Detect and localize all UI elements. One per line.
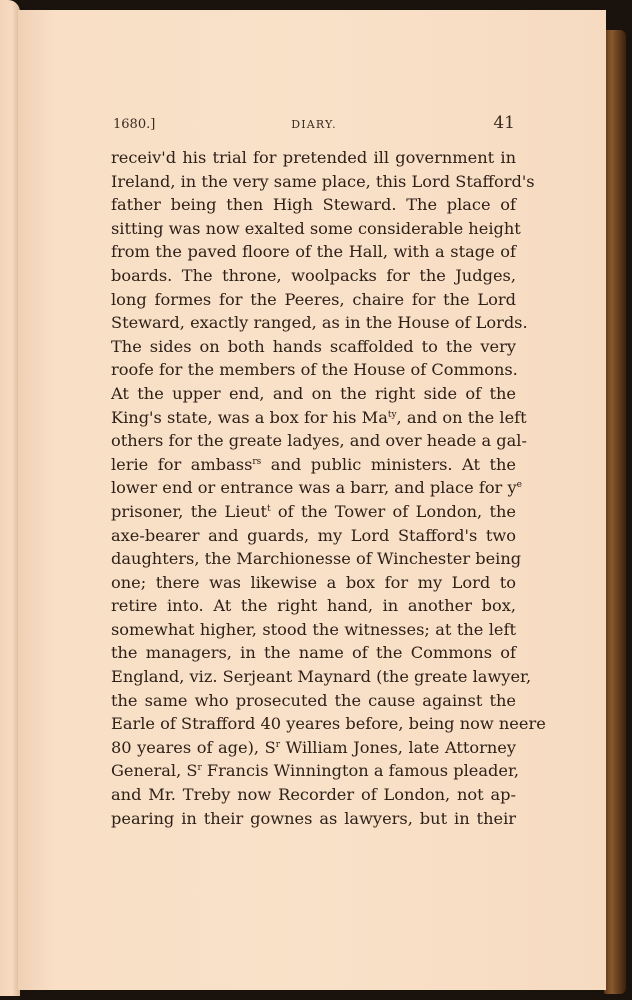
text-line: Steward, exactly ranged, as in the House… — [111, 311, 516, 335]
superscript-abbrev: e — [517, 480, 522, 490]
text-line: sitting was now exalted some considerabl… — [111, 217, 516, 241]
text-segment: of the Tower of London, the — [271, 502, 516, 521]
text-line: daughters, the Marchionesse of Wincheste… — [111, 547, 516, 571]
text-line: England, viz. Serjeant Maynard (the grea… — [111, 665, 516, 689]
text-line: lerie for ambassrs and public ministers.… — [111, 453, 516, 477]
page-number: 41 — [493, 113, 515, 133]
text-segment: lerie for ambass — [111, 455, 252, 474]
text-segment: William Jones, late Attorney — [280, 738, 516, 757]
text-line: General, Sr Francis Winnington a famous … — [111, 759, 516, 783]
text-line: King's state, was a box for his Maty, an… — [111, 406, 516, 430]
text-line: somewhat higher, stood the witnesses; at… — [111, 618, 516, 642]
text-line: Ireland, in the very same place, this Lo… — [111, 170, 516, 194]
text-line: axe-bearer and guards, my Lord Stafford'… — [111, 524, 516, 548]
text-segment: prisoner, the Lieut — [111, 502, 267, 521]
text-line: receiv'd his trial for pretended ill gov… — [111, 146, 516, 170]
page-body-text: receiv'd his trial for pretended ill gov… — [111, 146, 516, 830]
text-line: At the upper end, and on the right side … — [111, 382, 516, 406]
text-line: the managers, in the name of the Commons… — [111, 641, 516, 665]
header-title: DIARY. — [113, 118, 515, 131]
text-line: Earle of Strafford 40 yeares before, bei… — [111, 712, 516, 736]
text-line: prisoner, the Lieutt of the Tower of Lon… — [111, 500, 516, 524]
text-line: from the paved floore of the Hall, with … — [111, 240, 516, 264]
text-segment: Francis Winnington a famous pleader, — [202, 761, 519, 780]
text-line: The sides on both hands scaffolded to th… — [111, 335, 516, 359]
text-segment: 80 yeares of age), S — [111, 738, 276, 757]
superscript-abbrev: ty — [388, 410, 397, 420]
text-line: lower end or entrance was a barr, and pl… — [111, 476, 516, 500]
text-line: one; there was likewise a box for my Lor… — [111, 571, 516, 595]
text-segment: and public ministers. At the — [261, 455, 516, 474]
text-line: and Mr. Treby now Recorder of London, no… — [111, 783, 516, 807]
text-segment: lower end or entrance was a barr, and pl… — [111, 478, 517, 497]
text-line: retire into. At the right hand, in anoth… — [111, 594, 516, 618]
superscript-abbrev: rs — [252, 457, 261, 467]
text-line: the same who prosecuted the cause agains… — [111, 689, 516, 713]
book-binding-edge — [604, 30, 626, 994]
text-line: father being then High Steward. The plac… — [111, 193, 516, 217]
text-line: roofe for the members of the House of Co… — [111, 358, 516, 382]
text-line: others for the greate ladyes, and over h… — [111, 429, 516, 453]
text-segment: General, S — [111, 761, 197, 780]
text-line: 80 yeares of age), Sr William Jones, lat… — [111, 736, 516, 760]
text-line: long formes for the Peeres, chaire for t… — [111, 288, 516, 312]
text-line: boards. The throne, woolpacks for the Ju… — [111, 264, 516, 288]
previous-page-edge — [0, 0, 20, 996]
text-segment: , and on the left — [397, 408, 527, 427]
text-segment: King's state, was a box for his Ma — [111, 408, 388, 427]
running-header: 1680.] DIARY. 41 — [113, 113, 515, 135]
text-line: pearing in their gownes as lawyers, but … — [111, 807, 516, 831]
